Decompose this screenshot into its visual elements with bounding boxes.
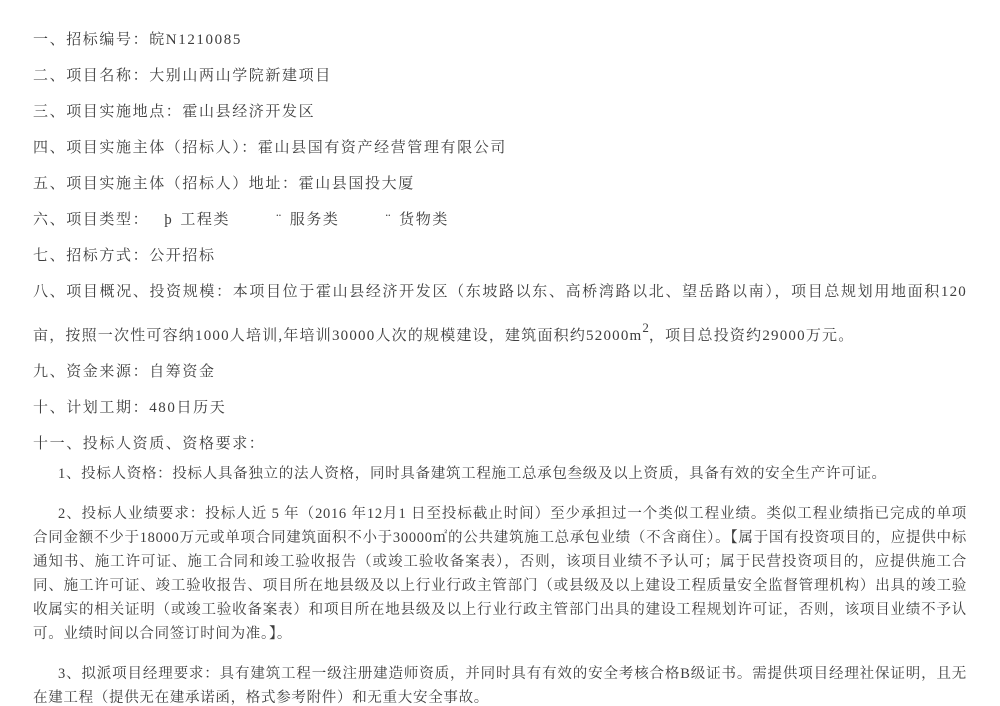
project-investment-text: ，项目总投资约29000万元。 [649, 328, 855, 344]
project-type-label: 六、项目类型： [33, 212, 149, 228]
planned-duration-line: 十、计划工期：480日历天 [33, 390, 967, 426]
project-manager-requirement-paragraph: 3、拟派项目经理要求：具有建筑工程一级注册建造师资质，并同时具有有效的安全考核合… [33, 662, 967, 706]
funding-source-line: 九、资金来源：自筹资金 [33, 354, 967, 390]
tender-document-page: 一、招标编号：皖N1210085 二、项目名称：大别山两山学院新建项目 三、项目… [0, 0, 1000, 706]
bidder-qualification-paragraph: 1、投标人资格：投标人具备独立的法人资格，同时具备建筑工程施工总承包叁级及以上资… [33, 462, 967, 486]
tender-method-line: 七、招标方式：公开招标 [33, 238, 967, 274]
project-type-line: 六、项目类型：þ工程类¨服务类¨货物类 [33, 202, 967, 238]
project-owner-address-line: 五、项目实施主体（招标人）地址：霍山县国投大厦 [33, 166, 967, 202]
checked-checkbox-icon: þ [164, 212, 173, 228]
unchecked-checkbox-icon: ¨ [276, 212, 283, 228]
project-type-option-engineering: 工程类 [180, 212, 230, 228]
bidder-performance-paragraph: 2、投标人业绩要求：投标人近 5 年（2016 年12月1 日至投标截止时间）至… [33, 502, 967, 646]
project-location-line: 三、项目实施地点：霍山县经济开发区 [33, 94, 967, 130]
unchecked-checkbox-icon: ¨ [386, 212, 393, 228]
project-name-line: 二、项目名称：大别山两山学院新建项目 [33, 58, 967, 94]
project-type-option-goods: 货物类 [399, 212, 449, 228]
bidder-requirements-heading: 十一、投标人资质、资格要求： [33, 426, 967, 462]
project-type-option-service: 服务类 [290, 212, 340, 228]
project-overview-paragraph: 八、项目概况、投资规模：本项目位于霍山县经济开发区（东坡路以东、高桥湾路以北、望… [33, 274, 967, 354]
tender-number-line: 一、招标编号：皖N1210085 [33, 22, 967, 58]
project-owner-line: 四、项目实施主体（招标人）：霍山县国有资产经营管理有限公司 [33, 130, 967, 166]
